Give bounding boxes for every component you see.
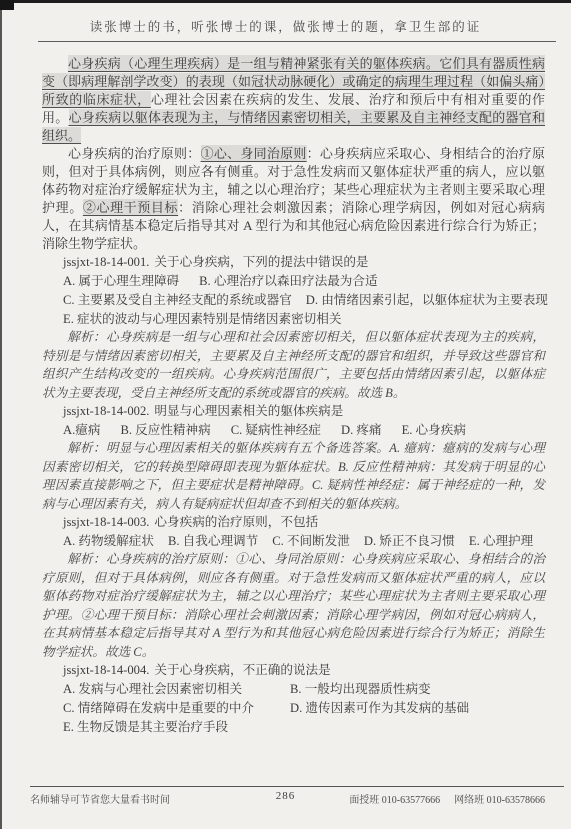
option-line: C. 情绪障碍在发病中是重要的中介D. 遗传因素可作为其发病的基础 [42, 699, 545, 717]
option-line: A.癔病B. 反应性精神病C. 疑病性神经症D. 疼痛E. 心身疾病 [42, 421, 545, 439]
option-line: A. 属于心理生理障碍B. 心理治疗以森田疗法最为合适 [42, 272, 545, 290]
highlighted-key-point: 心身疾病以躯体表现为主，与情绪因素密切相关，主要累及自主神经支配的器官和组织。 [42, 109, 545, 144]
question-stem: 明显与心理因素相关的躯体疾病是 [154, 404, 343, 418]
answer-analysis: 解析：心身疾病的治疗原则：①心、身同治原则：心身疾病应采取心、身相结合的治疗原则… [42, 550, 545, 661]
question-stem: 关于心身疾病，不正确的说法是 [154, 663, 330, 677]
question-block-004: jssjxt-18-14-004.关于心身疾病，不正确的说法是 A. 发病与心理… [42, 661, 545, 736]
option-e: E. 心理护理 [469, 532, 533, 550]
option-b: B. 自我心理调节 [168, 532, 258, 550]
answer-analysis: 解析：心身疾病是一组与心理和社会因素密切相关，但以躯体症状表现为主的疾病，特别是… [42, 328, 545, 402]
scan-edge-left [0, 0, 2, 829]
option-line: E. 生物反馈是其主要治疗手段 [42, 718, 545, 736]
option-a: A. 发病与心理社会因素密切相关 [63, 680, 270, 698]
option-line: A. 药物缓解症状B. 自我心理调节C. 不间断发泄D. 矫正不良习惯E. 心理… [42, 532, 545, 550]
intro-paragraph-1: 心身疾病（心理生理疾病）是一组与精神紧张有关的躯体疾病。它们具有器质性病变（即病… [42, 55, 545, 145]
question-stem-line: jssjxt-18-14-002.明显与心理因素相关的躯体疾病是 [42, 402, 545, 420]
intro-text: 心身疾病的治疗原则： [68, 146, 201, 161]
footer-phone-onsite: 面授班 010-63577666 [349, 791, 440, 806]
option-e: E. 生物反馈是其主要治疗手段 [63, 718, 228, 736]
page-body: 心身疾病（心理生理疾病）是一组与精神紧张有关的躯体疾病。它们具有器质性病变（即病… [42, 55, 545, 736]
answer-analysis: 解析：明显与心理因素相关的躯体疾病有五个备选答案。A. 癔病：癔病的发病与心理因… [42, 439, 545, 513]
question-block-001: jssjxt-18-14-001.关于心身疾病，下列的提法中错误的是 A. 属于… [42, 253, 545, 402]
option-a: A. 属于心理生理障碍 [63, 272, 179, 290]
option-b: B. 反应性精神病 [120, 421, 210, 439]
highlighted-principle-1: ①心、身同治原则 [201, 145, 307, 162]
question-id: jssjxt-18-14-004. [63, 663, 149, 677]
footer-phone-online: 网络班 010-63578666 [454, 791, 545, 806]
option-c: C. 疑病性神经症 [231, 421, 321, 439]
question-block-002: jssjxt-18-14-002.明显与心理因素相关的躯体疾病是 A.癔病B. … [42, 402, 545, 513]
highlighted-principle-2: ②心理干预目标 [83, 199, 178, 216]
intro-paragraph-2: 心身疾病的治疗原则：①心、身同治原则：心身疾病应采取心、身相结合的治疗原则，但对… [42, 145, 545, 253]
page-number: 286 [276, 790, 296, 802]
question-stem: 关于心身疾病，下列的提法中错误的是 [154, 255, 368, 269]
scan-edge-top [0, 0, 571, 3]
option-line: C. 主要累及受自主神经支配的系统或器官D. 由情绪因素引起，以躯体症状为主要表… [42, 291, 545, 309]
page-footer: 名师辅导可节省您大量看书时间 286 面授班 010-63577666网络班 0… [0, 786, 571, 806]
footer-slogan: 名师辅导可节省您大量看书时间 [30, 791, 170, 806]
header-slogan: 读张博士的书，听张博士的课，做张博士的题，拿卫生部的证 [0, 17, 571, 35]
scan-edge-corner [0, 0, 14, 10]
page-header: 读张博士的书，听张博士的课，做张博士的题，拿卫生部的证 [0, 0, 571, 42]
option-c: C. 情绪障碍在发病中是重要的中介 [63, 699, 270, 717]
option-c: C. 不间断发泄 [272, 532, 350, 550]
option-line: E. 症状的波动与心理因素特别是情绪因素密切相关 [42, 310, 545, 328]
option-a: A. 药物缓解症状 [63, 532, 154, 550]
scanned-page: { "colors": { "page_bg": "#f1f0ed", "tex… [0, 0, 571, 829]
footer-contacts: 面授班 010-63577666网络班 010-63578666 [349, 791, 545, 806]
option-a: A.癔病 [63, 421, 100, 439]
option-c: C. 主要累及受自主神经支配的系统或器官 [63, 291, 292, 309]
question-id: jssjxt-18-14-002. [63, 404, 149, 418]
option-line: A. 发病与心理社会因素密切相关B. 一般均出现器质性病变 [42, 680, 545, 698]
option-b: B. 一般均出现器质性病变 [290, 680, 431, 698]
option-d: D. 遗传因素可作为其发病的基础 [290, 699, 469, 717]
question-block-003: jssjxt-18-14-003.心身疾病的治疗原则，不包括 A. 药物缓解症状… [42, 513, 545, 661]
footer-row: 名师辅导可节省您大量看书时间 286 面授班 010-63577666网络班 0… [0, 787, 571, 806]
header-rule [38, 41, 556, 42]
question-stem-line: jssjxt-18-14-004.关于心身疾病，不正确的说法是 [42, 661, 545, 679]
question-id: jssjxt-18-14-001. [63, 255, 149, 269]
option-d: D. 疼痛 [341, 421, 382, 439]
option-e: E. 心身疾病 [402, 421, 466, 439]
option-b: B. 心理治疗以森田疗法最为合适 [199, 272, 377, 290]
question-stem-line: jssjxt-18-14-001.关于心身疾病，下列的提法中错误的是 [42, 253, 545, 271]
option-e: E. 症状的波动与心理因素特别是情绪因素密切相关 [63, 310, 341, 328]
question-id: jssjxt-18-14-003. [63, 515, 149, 529]
question-stem: 心身疾病的治疗原则，不包括 [154, 515, 318, 529]
option-d: D. 由情绪因素引起，以躯体症状为主要表现 [306, 291, 548, 309]
question-stem-line: jssjxt-18-14-003.心身疾病的治疗原则，不包括 [42, 513, 545, 531]
option-d: D. 矫正不良习惯 [364, 532, 455, 550]
